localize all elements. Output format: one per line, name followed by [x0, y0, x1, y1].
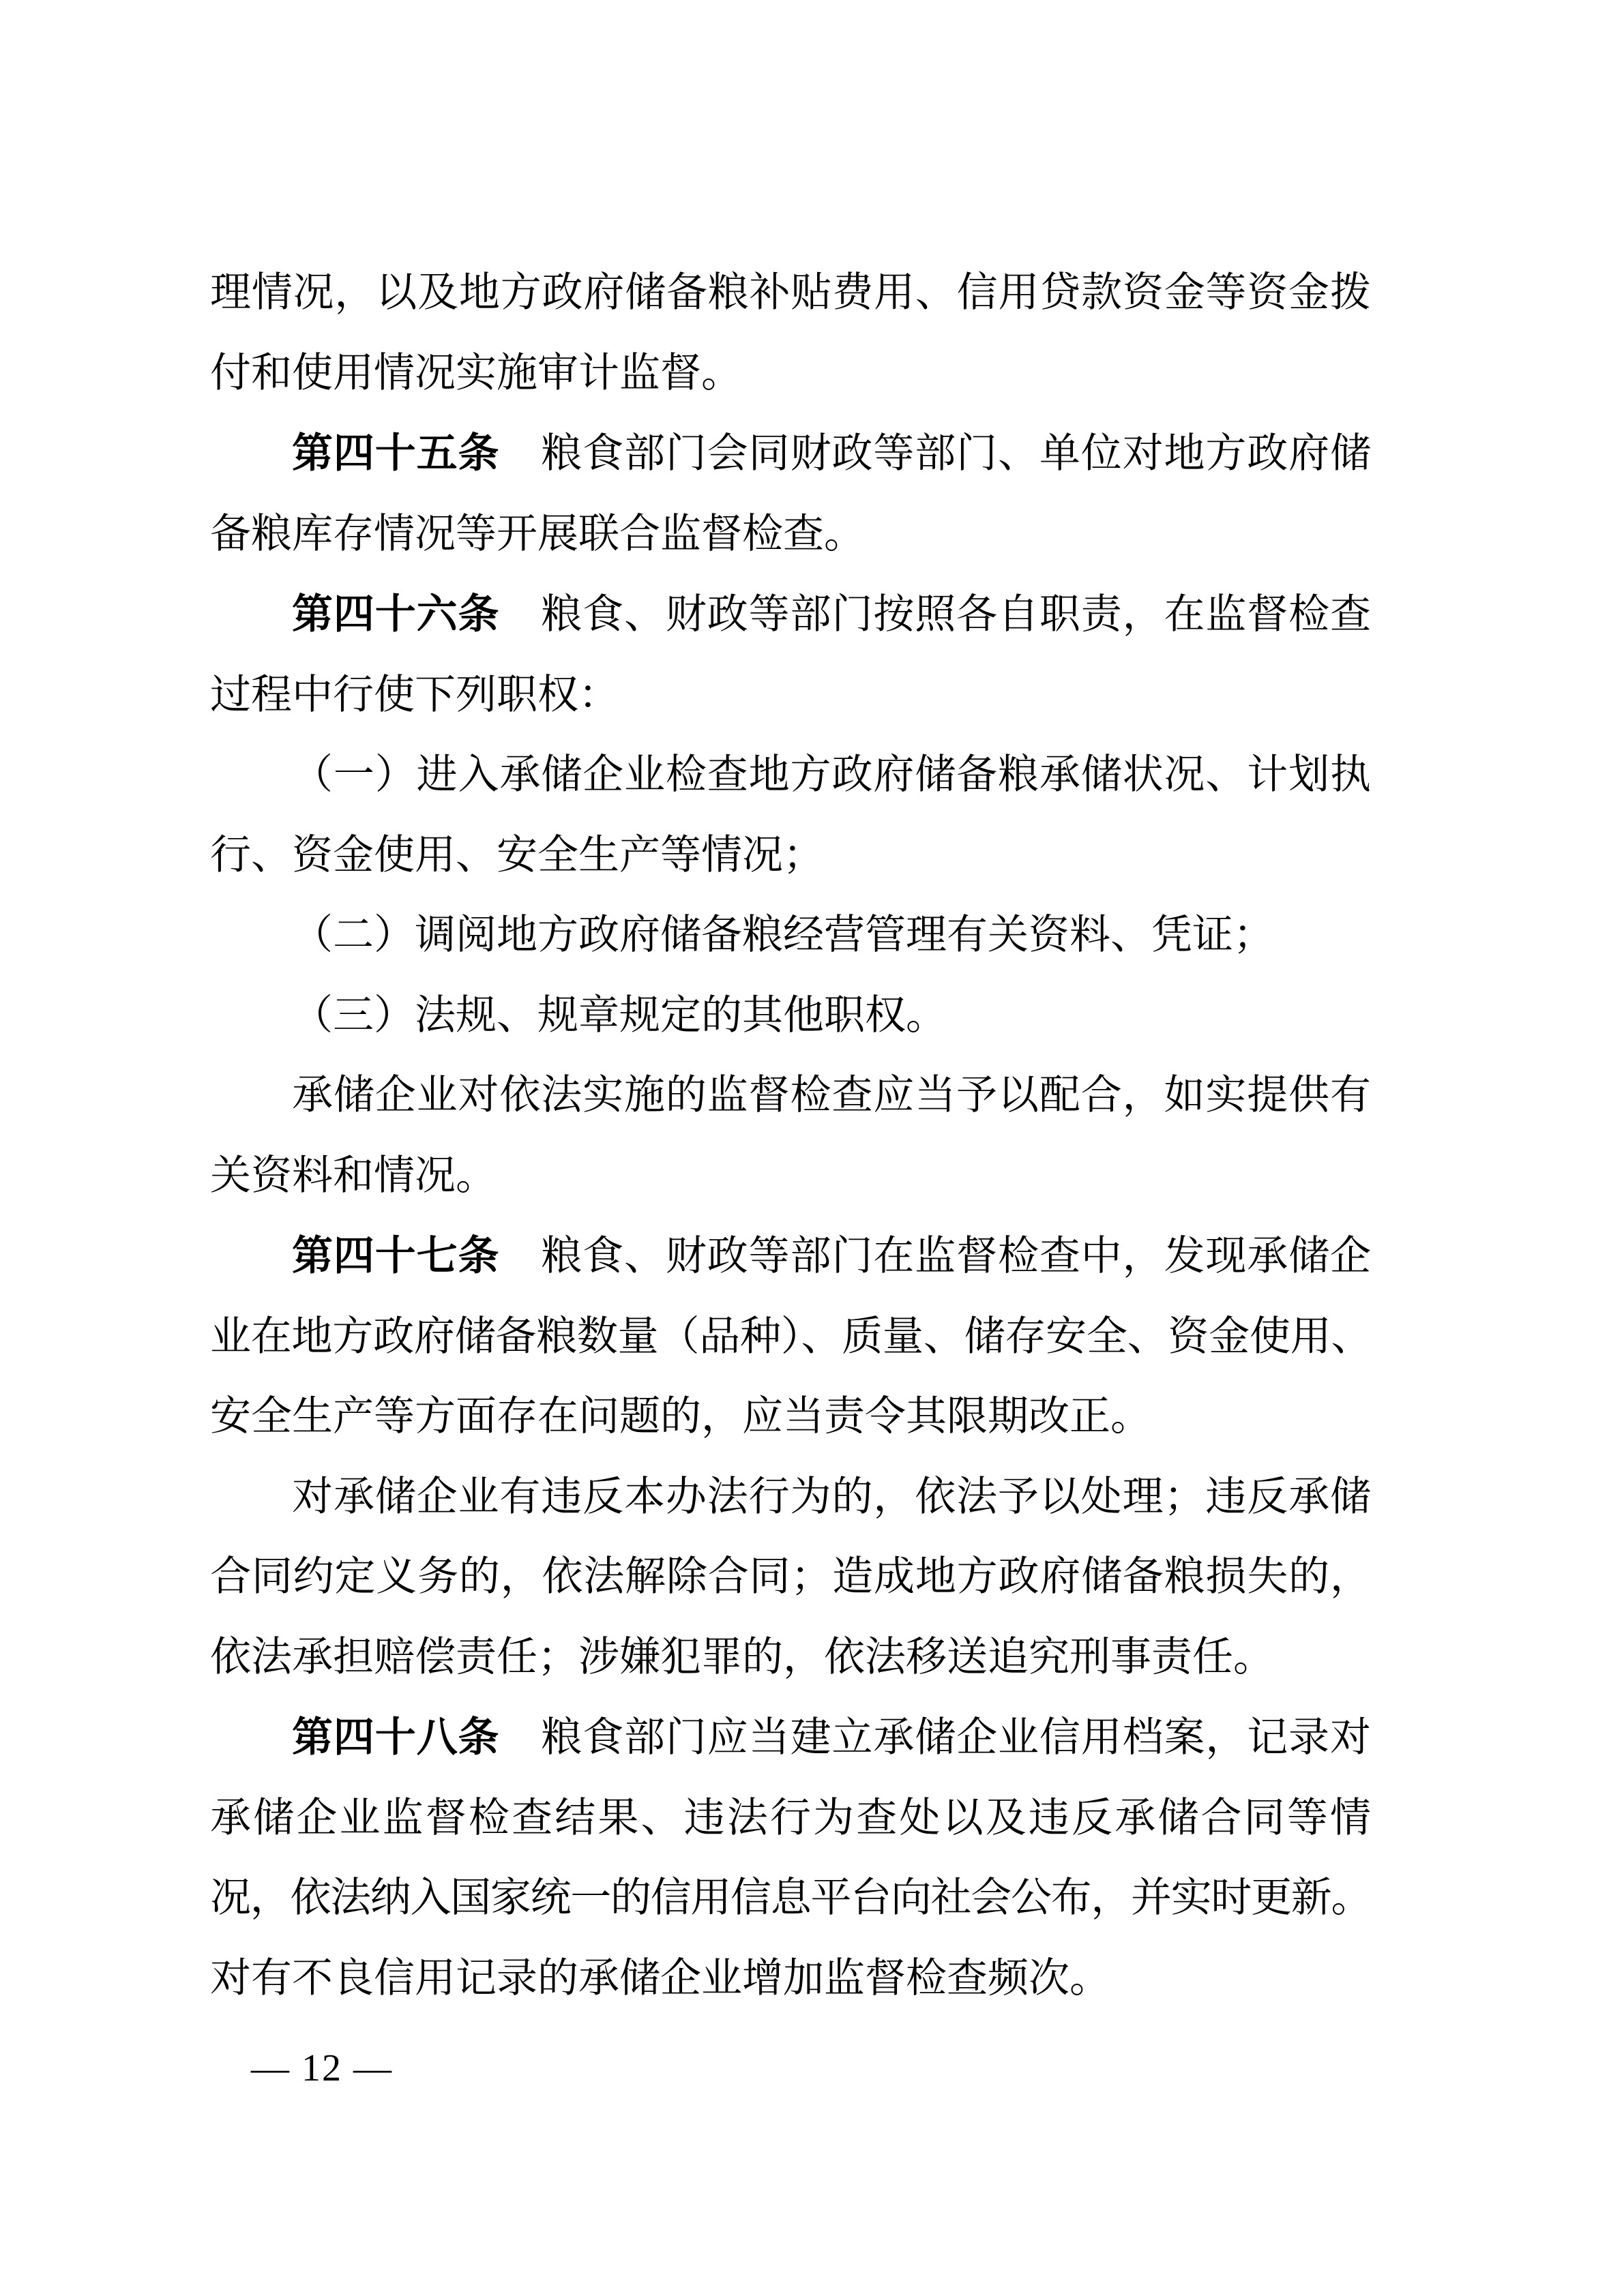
document-page: 理情况，以及地方政府储备粮补贴费用、信用贷款资金等资金拨 付和使用情况实施审计监…: [0, 0, 1624, 2296]
text-line: 过程中行使下列职权：: [210, 655, 1371, 736]
text-line: 依法承担赔偿责任；涉嫌犯罪的，依法移送追究刑事责任。: [210, 1617, 1371, 1698]
text-line: 第四十五条 粮食部门会同财政等部门、单位对地方政府储: [210, 413, 1371, 494]
text-line: 备粮库存情况等开展联合监督检查。: [210, 494, 1371, 575]
text-line: 付和使用情况实施审计监督。: [210, 333, 1371, 414]
article-number-45: 第四十五条: [292, 430, 499, 476]
article-number-48: 第四十八条: [292, 1714, 499, 1760]
article-46-text: 粮食、财政等部门按照各自职责，在监督检查: [499, 592, 1371, 637]
text-line: 对有不良信用记录的承储企业增加监督检查频次。: [210, 1939, 1371, 2019]
page-number: — 12 —: [251, 2044, 393, 2092]
text-line: 第四十六条 粮食、财政等部门按照各自职责，在监督检查: [210, 574, 1371, 655]
text-line: （一）进入承储企业检查地方政府储备粮承储状况、计划执: [210, 735, 1371, 816]
text-line: 况，依法纳入国家统一的信用信息平台向社会公布，并实时更新。: [210, 1858, 1371, 1939]
text-line: 第四十七条 粮食、财政等部门在监督检查中，发现承储企: [210, 1216, 1371, 1297]
article-number-46: 第四十六条: [292, 591, 499, 637]
text-line: 业在地方政府储备粮数量（品种）、质量、储存安全、资金使用、: [210, 1297, 1371, 1377]
article-number-47: 第四十七条: [292, 1233, 499, 1279]
text-line: 对承储企业有违反本办法行为的，依法予以处理；违反承储: [210, 1457, 1371, 1538]
text-line: （三）法规、规章规定的其他职权。: [210, 976, 1371, 1056]
text-line: 理情况，以及地方政府储备粮补贴费用、信用贷款资金等资金拨: [210, 253, 1371, 333]
text-line: 承储企业监督检查结果、违法行为查处以及违反承储合同等情: [210, 1778, 1371, 1859]
body-text: 理情况，以及地方政府储备粮补贴费用、信用贷款资金等资金拨 付和使用情况实施审计监…: [210, 253, 1371, 2018]
text-line: 合同约定义务的，依法解除合同；造成地方政府储备粮损失的，: [210, 1537, 1371, 1617]
article-47-text: 粮食、财政等部门在监督检查中，发现承储企: [499, 1234, 1371, 1279]
text-line: 行、资金使用、安全生产等情况；: [210, 816, 1371, 896]
text-line: 第四十八条 粮食部门应当建立承储企业信用档案，记录对: [210, 1697, 1371, 1778]
article-45-text: 粮食部门会同财政等部门、单位对地方政府储: [499, 431, 1371, 476]
article-48-text: 粮食部门应当建立承储企业信用档案，记录对: [499, 1715, 1371, 1760]
text-line: 安全生产等方面存在问题的，应当责令其限期改正。: [210, 1377, 1371, 1457]
text-line: 关资料和情况。: [210, 1136, 1371, 1217]
text-line: （二）调阅地方政府储备粮经营管理有关资料、凭证；: [210, 895, 1371, 976]
text-line: 承储企业对依法实施的监督检查应当予以配合，如实提供有: [210, 1056, 1371, 1136]
